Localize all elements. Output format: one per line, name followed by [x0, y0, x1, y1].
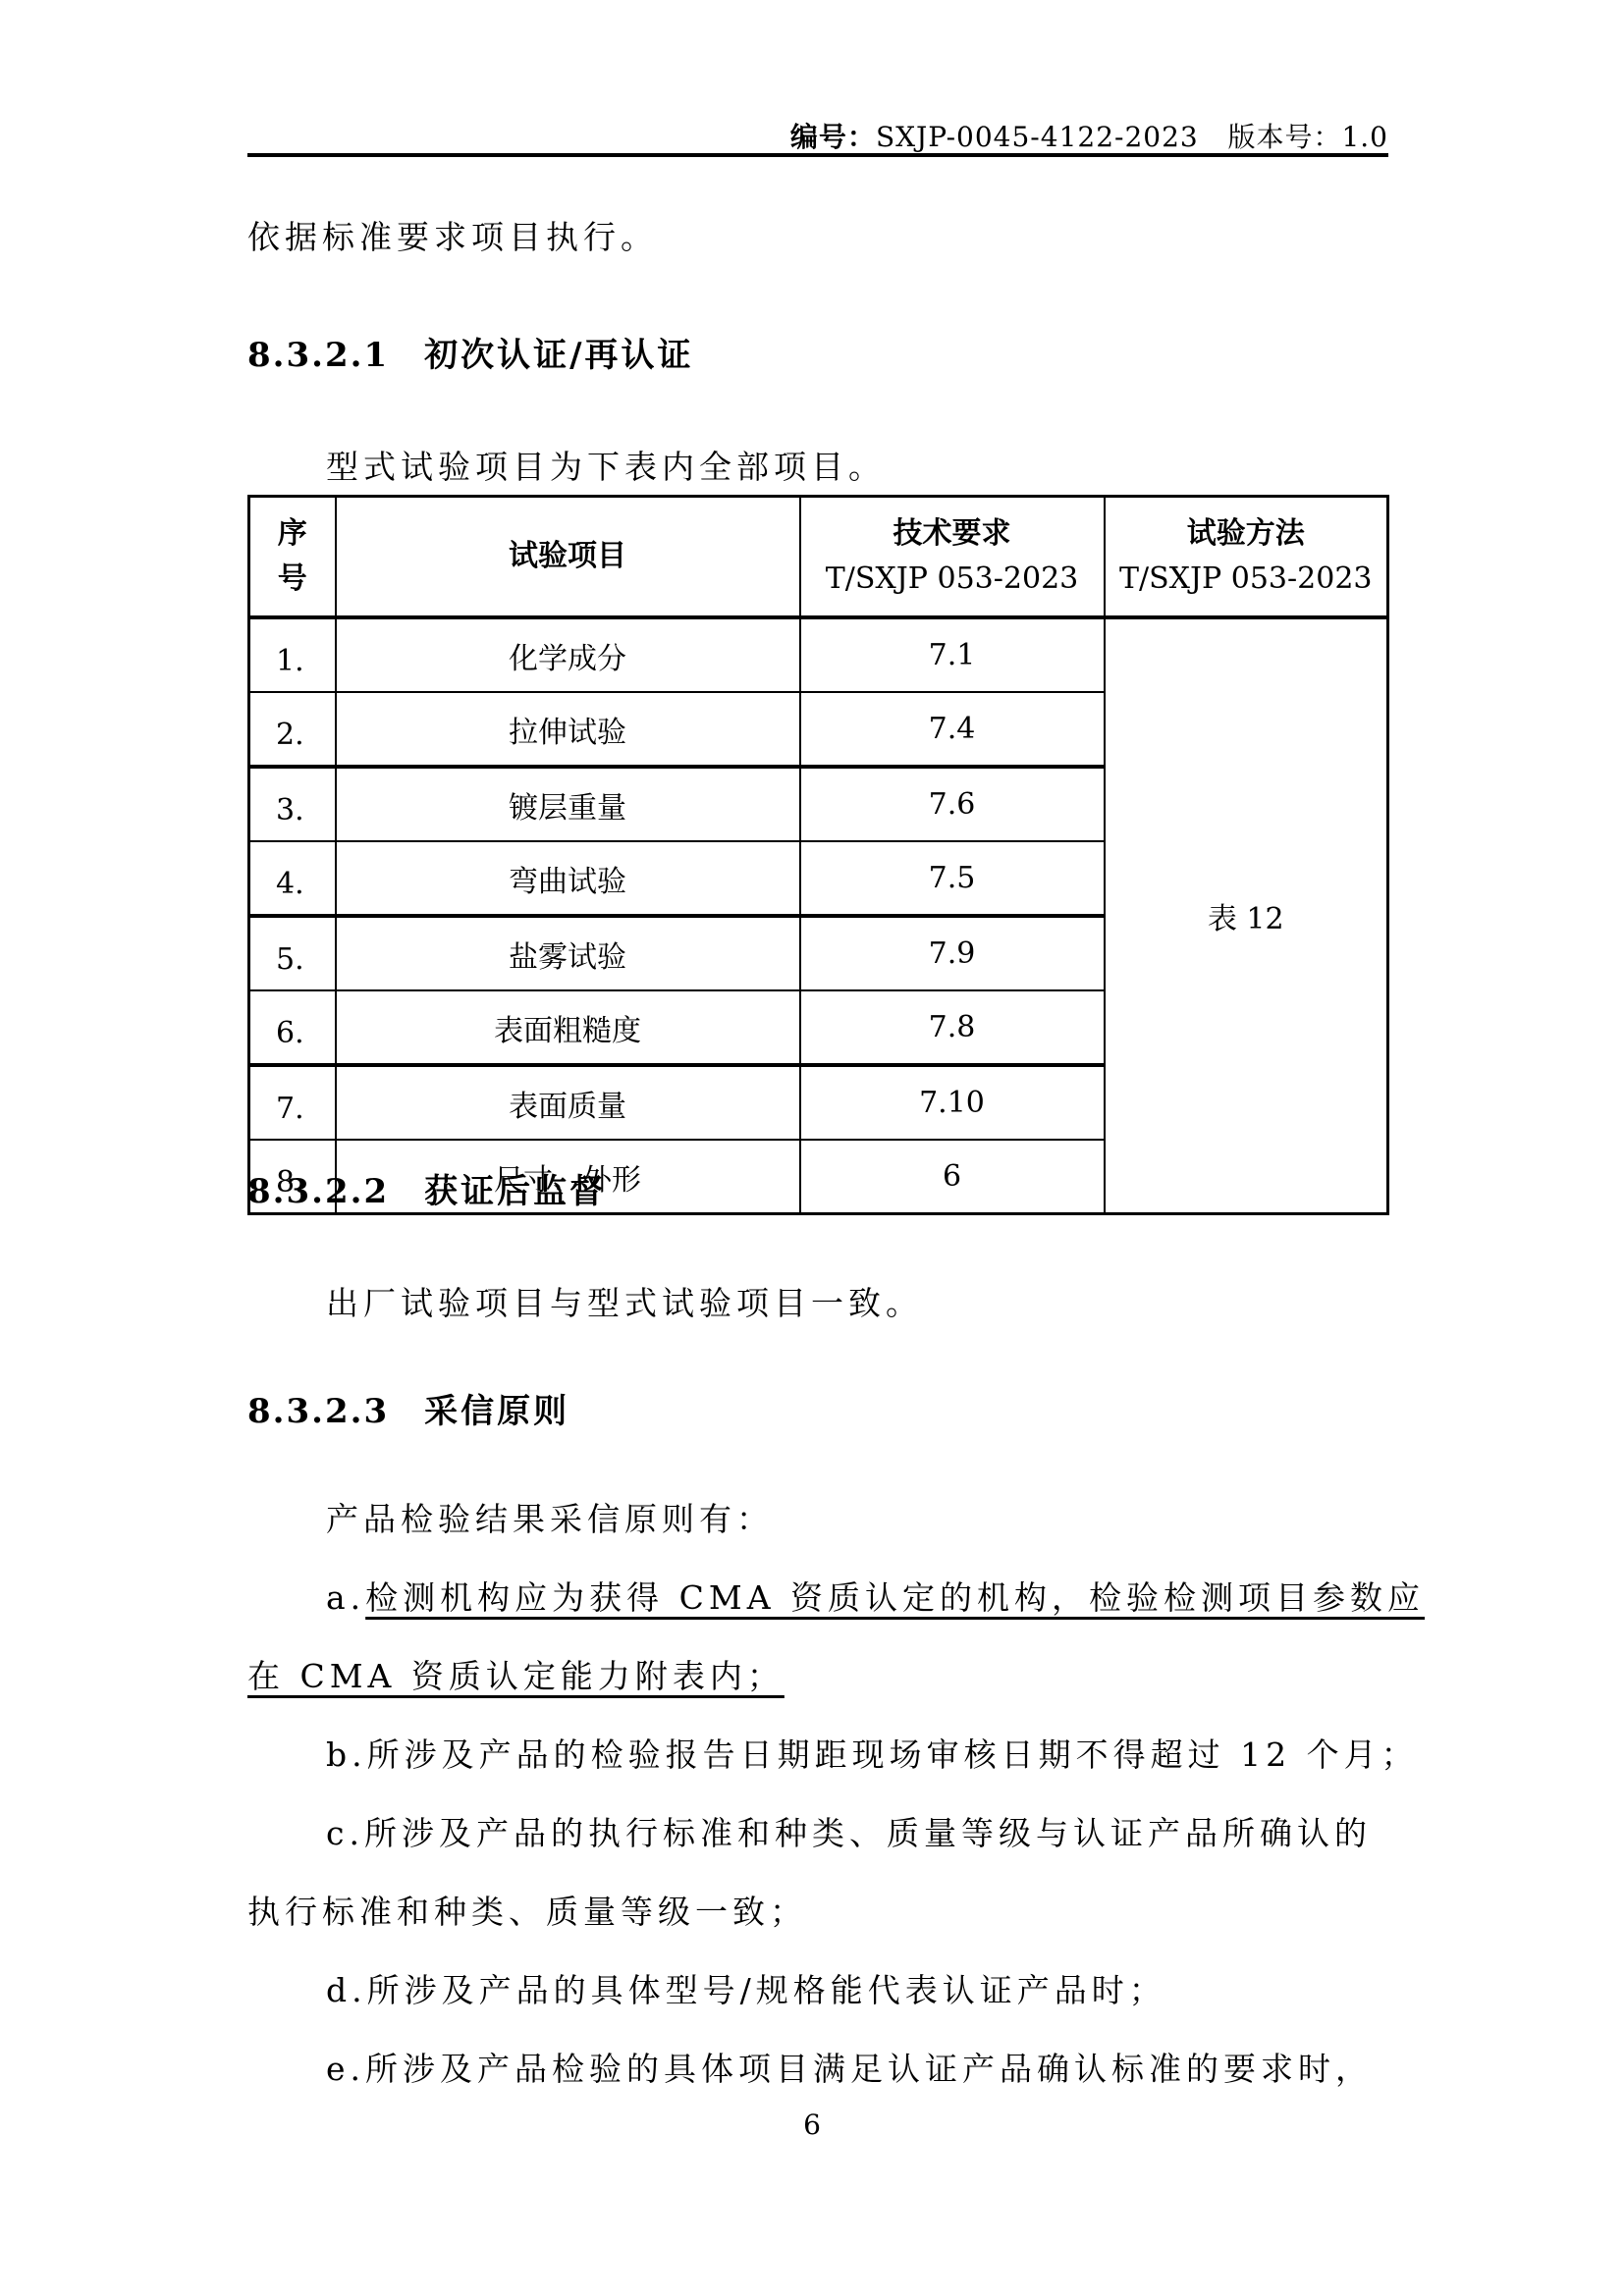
row-requirement: 7.8	[800, 990, 1105, 1065]
row-item: 弯曲试验	[336, 841, 800, 916]
page-number: 6	[0, 2109, 1624, 2141]
row-seq: 6.	[249, 990, 336, 1065]
row-seq: 2.	[249, 692, 336, 767]
criterion-c-line-1: c.所涉及产品的执行标准和种类、质量等级与认证产品所确认的	[326, 1814, 1372, 1853]
header-divider	[247, 153, 1388, 157]
section-title: 获证后监督	[424, 1172, 606, 1211]
doc-number: SXJP-0045-4122-2023	[876, 121, 1199, 153]
row-requirement: 7.5	[800, 841, 1105, 916]
row-item: 化学成分	[336, 617, 800, 692]
section-heading-8-3-2-3: 8.3.2.3采信原则	[247, 1392, 569, 1431]
criterion-a-line-2: 在 CMA 资质认定能力附表内；	[247, 1657, 785, 1696]
criterion-b: b.所涉及产品的检验报告日期距现场审核日期不得超过 12 个月；	[326, 1735, 1419, 1775]
row-requirement: 7.9	[800, 916, 1105, 990]
section-heading-8-3-2-1: 8.3.2.1初次认证/再认证	[247, 336, 694, 375]
section-number: 8.3.2.1	[247, 336, 389, 375]
version-label: 版本号：	[1227, 121, 1341, 153]
row-item: 盐雾试验	[336, 916, 800, 990]
table-header-row: 序号 试验项目 技术要求T/SXJP 053-2023 试验方法T/SXJP 0…	[249, 497, 1388, 618]
doc-number-label: 编号：	[790, 121, 876, 153]
row-requirement: 7.1	[800, 617, 1105, 692]
section-2-text: 出厂试验项目与型式试验项目一致。	[326, 1284, 923, 1323]
header-item: 试验项目	[336, 497, 800, 618]
header-seq: 序号	[249, 497, 336, 618]
intro-paragraph: 依据标准要求项目执行。	[247, 218, 658, 257]
row-seq: 7.	[249, 1065, 336, 1140]
row-seq: 3.	[249, 767, 336, 841]
section-number: 8.3.2.3	[247, 1392, 389, 1431]
criterion-a-text: 检测机构应为获得 CMA 资质认定的机构，检验检测项目参数应	[365, 1578, 1425, 1617]
row-item: 镀层重量	[336, 767, 800, 841]
criterion-c-line-2: 执行标准和种类、质量等级一致；	[247, 1893, 807, 1932]
document-header: 编号：SXJP-0045-4122-2023 版本号：1.0	[790, 116, 1388, 155]
section-title: 初次认证/再认证	[424, 336, 693, 375]
row-requirement: 7.6	[800, 767, 1105, 841]
header-method: 试验方法T/SXJP 053-2023	[1105, 497, 1388, 618]
row-item: 表面粗糙度	[336, 990, 800, 1065]
version-number: 1.0	[1341, 121, 1388, 153]
row-method-merged: 表 12	[1105, 617, 1388, 1214]
criterion-e: e.所涉及产品检验的具体项目满足认证产品确认标准的要求时，	[326, 2050, 1373, 2089]
section-3-intro: 产品检验结果采信原则有：	[326, 1500, 774, 1539]
criterion-a-line-1: a.检测机构应为获得 CMA 资质认定的机构，检验检测项目参数应	[326, 1578, 1425, 1618]
section-number: 8.3.2.2	[247, 1172, 389, 1211]
header-requirement: 技术要求T/SXJP 053-2023	[800, 497, 1105, 618]
row-seq: 1.	[249, 617, 336, 692]
section-title: 采信原则	[424, 1392, 569, 1431]
type-test-table: 序号 试验项目 技术要求T/SXJP 053-2023 试验方法T/SXJP 0…	[247, 495, 1389, 1215]
row-requirement: 6	[800, 1140, 1105, 1214]
table-row: 1. 化学成分 7.1 表 12	[249, 617, 1388, 692]
row-requirement: 7.10	[800, 1065, 1105, 1140]
row-seq: 5.	[249, 916, 336, 990]
criterion-d: d.所涉及产品的具体型号/规格能代表认证产品时；	[326, 1971, 1166, 2010]
criterion-a-prefix: a.	[326, 1578, 365, 1617]
row-item: 拉伸试验	[336, 692, 800, 767]
row-requirement: 7.4	[800, 692, 1105, 767]
section-1-text: 型式试验项目为下表内全部项目。	[326, 448, 886, 487]
row-item: 表面质量	[336, 1065, 800, 1140]
row-seq: 4.	[249, 841, 336, 916]
section-heading-8-3-2-2: 8.3.2.2获证后监督	[247, 1172, 606, 1211]
